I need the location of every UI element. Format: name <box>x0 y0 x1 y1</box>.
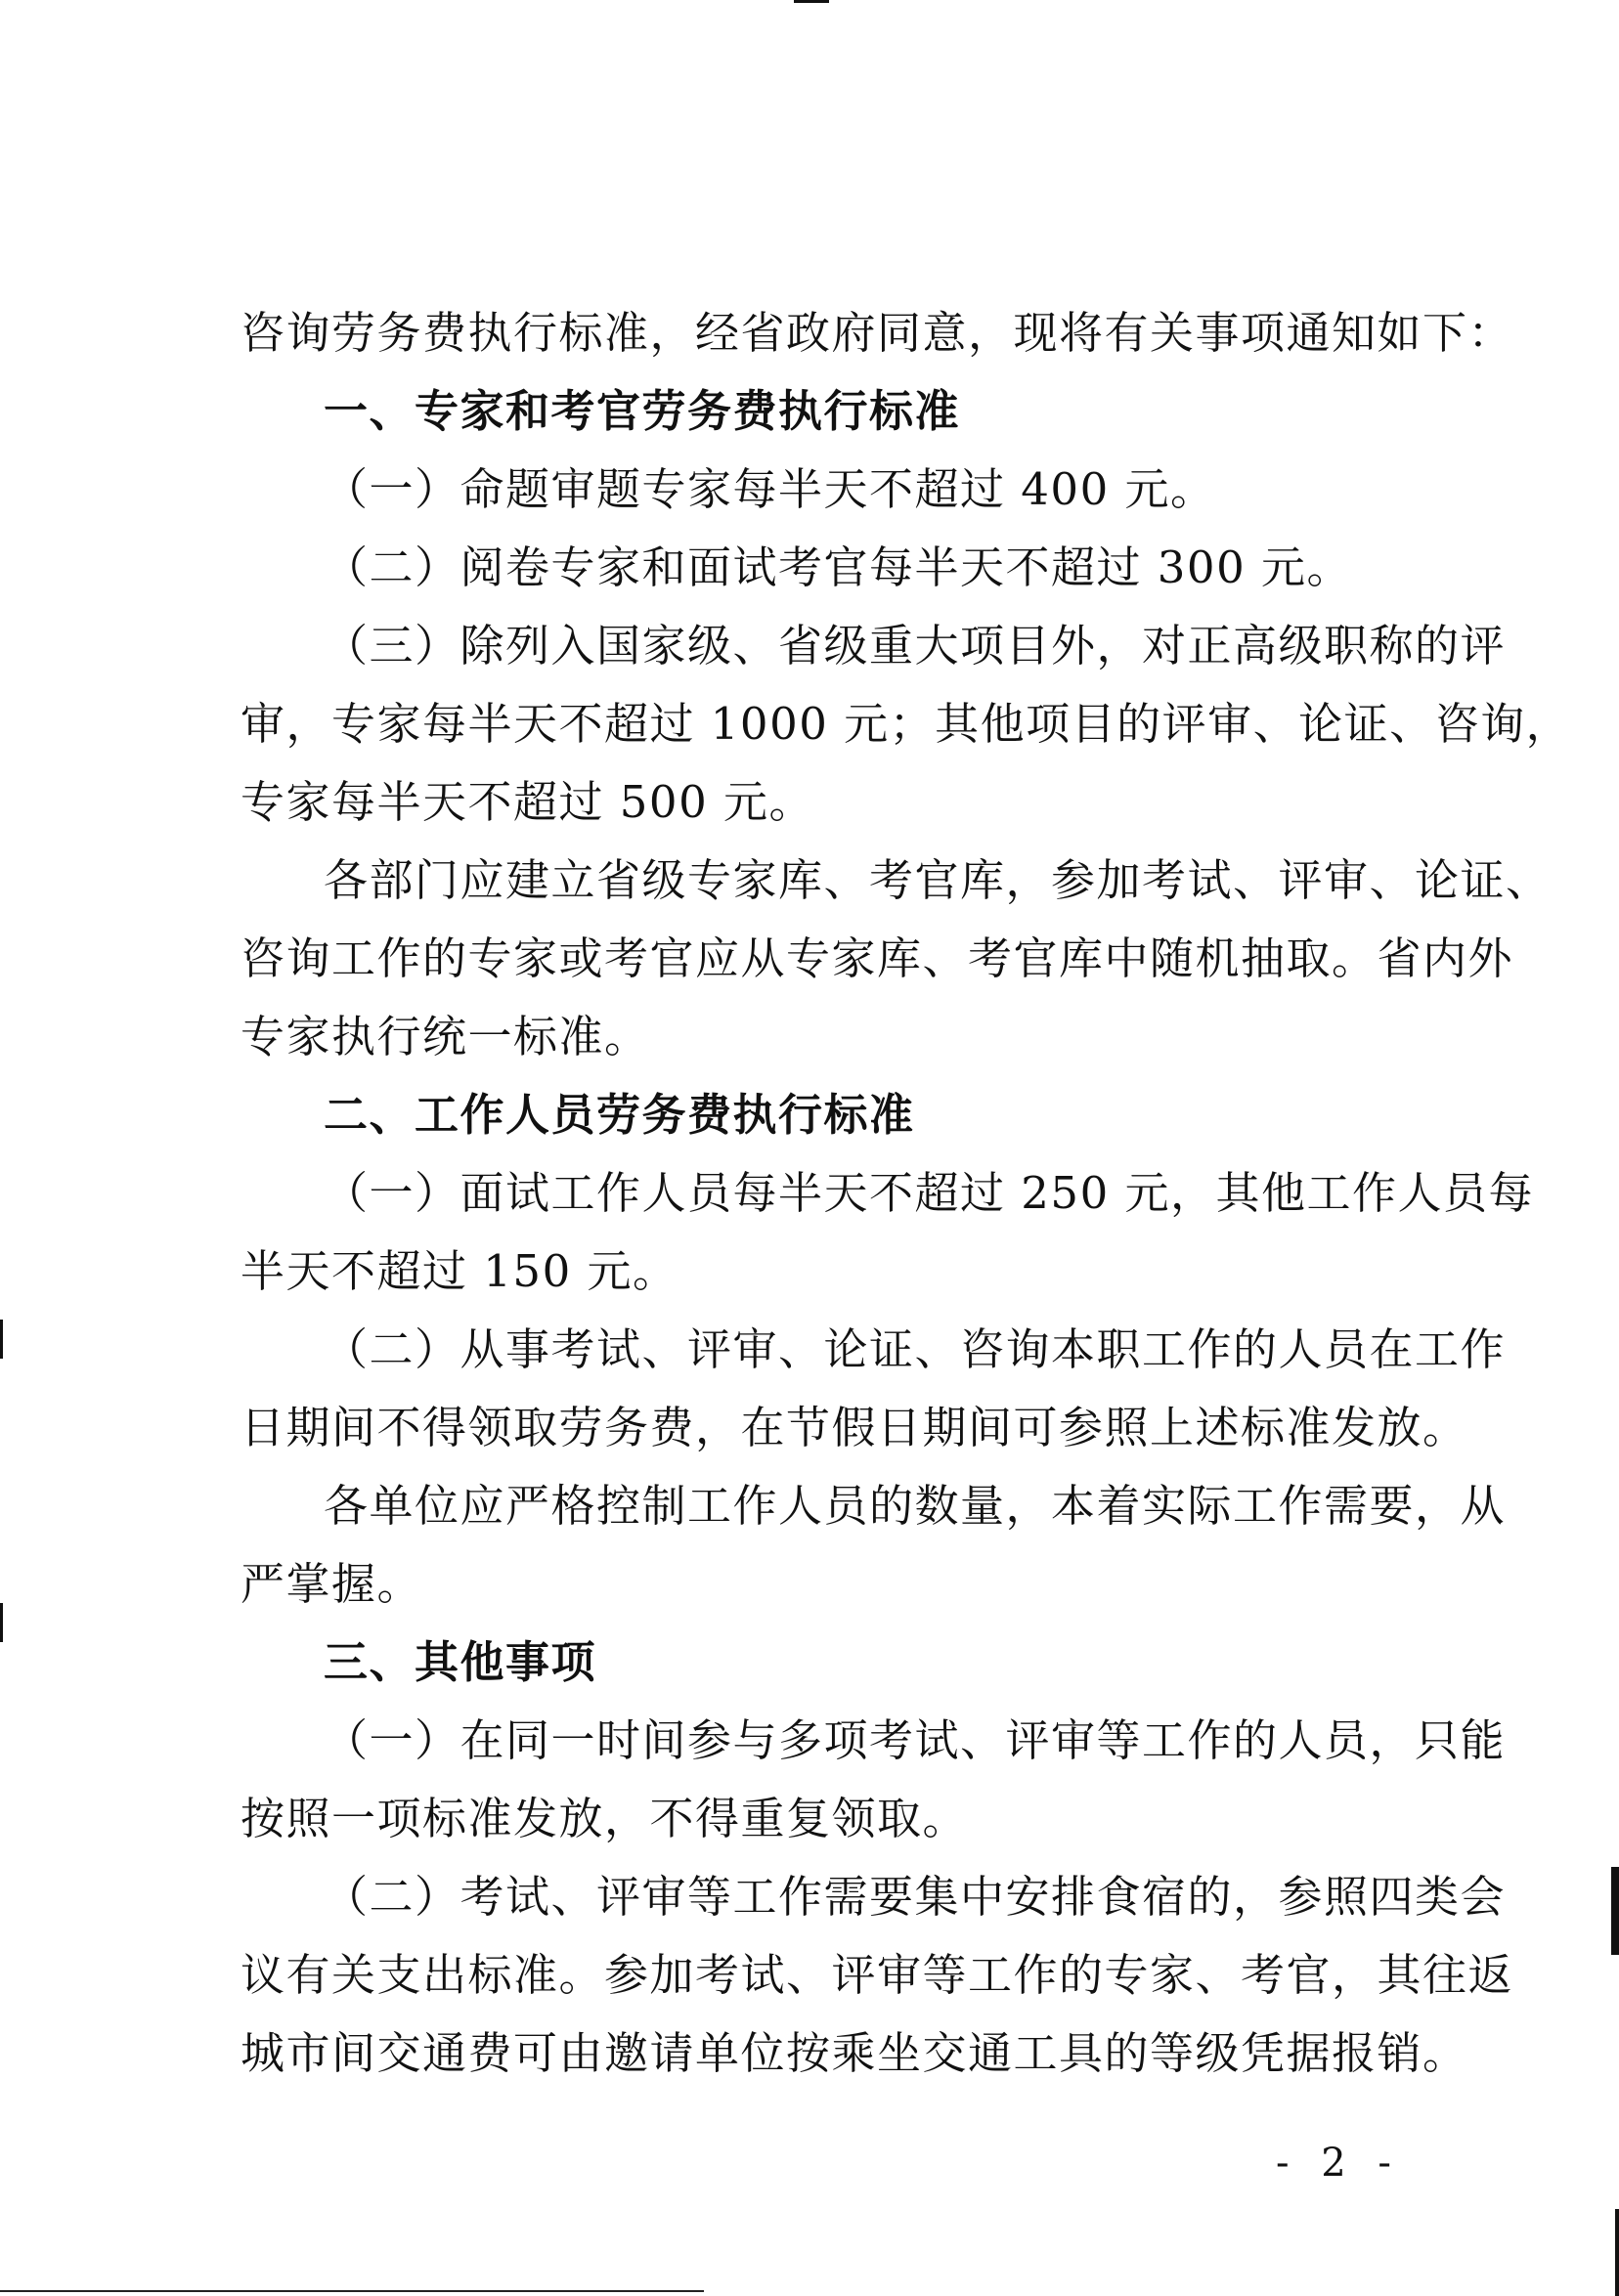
paragraph-line: 专家执行统一标准。 <box>241 1015 1441 1059</box>
paragraph-line: 日期间不得领取劳务费，在节假日期间可参照上述标准发放。 <box>241 1406 1441 1450</box>
paragraph-line: （二）阅卷专家和面试考官每半天不超过 300 元。 <box>241 545 1441 589</box>
paragraph-line: 审，专家每半天不超过 1000 元；其他项目的评审、论证、咨询， <box>241 702 1441 746</box>
top-scan-mark <box>794 0 829 7</box>
section-heading-2: 二、工作人员劳务费执行标准 <box>241 1093 1441 1137</box>
document-body: 咨询劳务费执行标准，经省政府同意，现将有关事项通知如下： 一、专家和考官劳务费执… <box>241 311 1441 2109</box>
scan-edge-mark-right <box>1615 2209 1619 2296</box>
paragraph-line: 议有关支出标准。参加考试、评审等工作的专家、考官，其往返 <box>241 1953 1441 1997</box>
page-number: - 2 - <box>1276 2141 1401 2186</box>
paragraph-line: （一）面试工作人员每半天不超过 250 元，其他工作人员每 <box>241 1171 1441 1215</box>
section-heading-3: 三、其他事项 <box>241 1640 1441 1684</box>
paragraph-line: 各部门应建立省级专家库、考官库，参加考试、评审、论证、 <box>241 858 1441 902</box>
paragraph-line: 按照一项标准发放，不得重复领取。 <box>241 1797 1441 1841</box>
paragraph-line: 城市间交通费可由邀请单位按乘坐交通工具的等级凭据报销。 <box>241 2031 1441 2075</box>
paragraph-line: 专家每半天不超过 500 元。 <box>241 780 1441 824</box>
paragraph-line: 咨询工作的专家或考官应从专家库、考官库中随机抽取。省内外 <box>241 936 1441 980</box>
paragraph-line: 半天不超过 150 元。 <box>241 1249 1441 1293</box>
paragraph-line: 各单位应严格控制工作人员的数量，本着实际工作需要，从 <box>241 1484 1441 1528</box>
scan-bottom-edge <box>0 2290 704 2292</box>
scan-edge-mark-left <box>0 1320 3 1359</box>
paragraph-line: （三）除列入国家级、省级重大项目外，对正高级职称的评 <box>241 624 1441 668</box>
scan-edge-mark-left <box>0 1603 3 1642</box>
paragraph-line: （一）命题审题专家每半天不超过 400 元。 <box>241 467 1441 511</box>
document-page: 咨询劳务费执行标准，经省政府同意，现将有关事项通知如下： 一、专家和考官劳务费执… <box>0 0 1619 2296</box>
paragraph-line: 咨询劳务费执行标准，经省政府同意，现将有关事项通知如下： <box>241 311 1441 355</box>
section-heading-1: 一、专家和考官劳务费执行标准 <box>241 389 1441 433</box>
paragraph-line: 严掌握。 <box>241 1562 1441 1606</box>
paragraph-line: （一）在同一时间参与多项考试、评审等工作的人员，只能 <box>241 1718 1441 1762</box>
paragraph-line: （二）从事考试、评审、论证、咨询本职工作的人员在工作 <box>241 1327 1441 1371</box>
paragraph-line: （二）考试、评审等工作需要集中安排食宿的，参照四类会 <box>241 1875 1441 1919</box>
scan-edge-mark-right <box>1611 1867 1619 1955</box>
